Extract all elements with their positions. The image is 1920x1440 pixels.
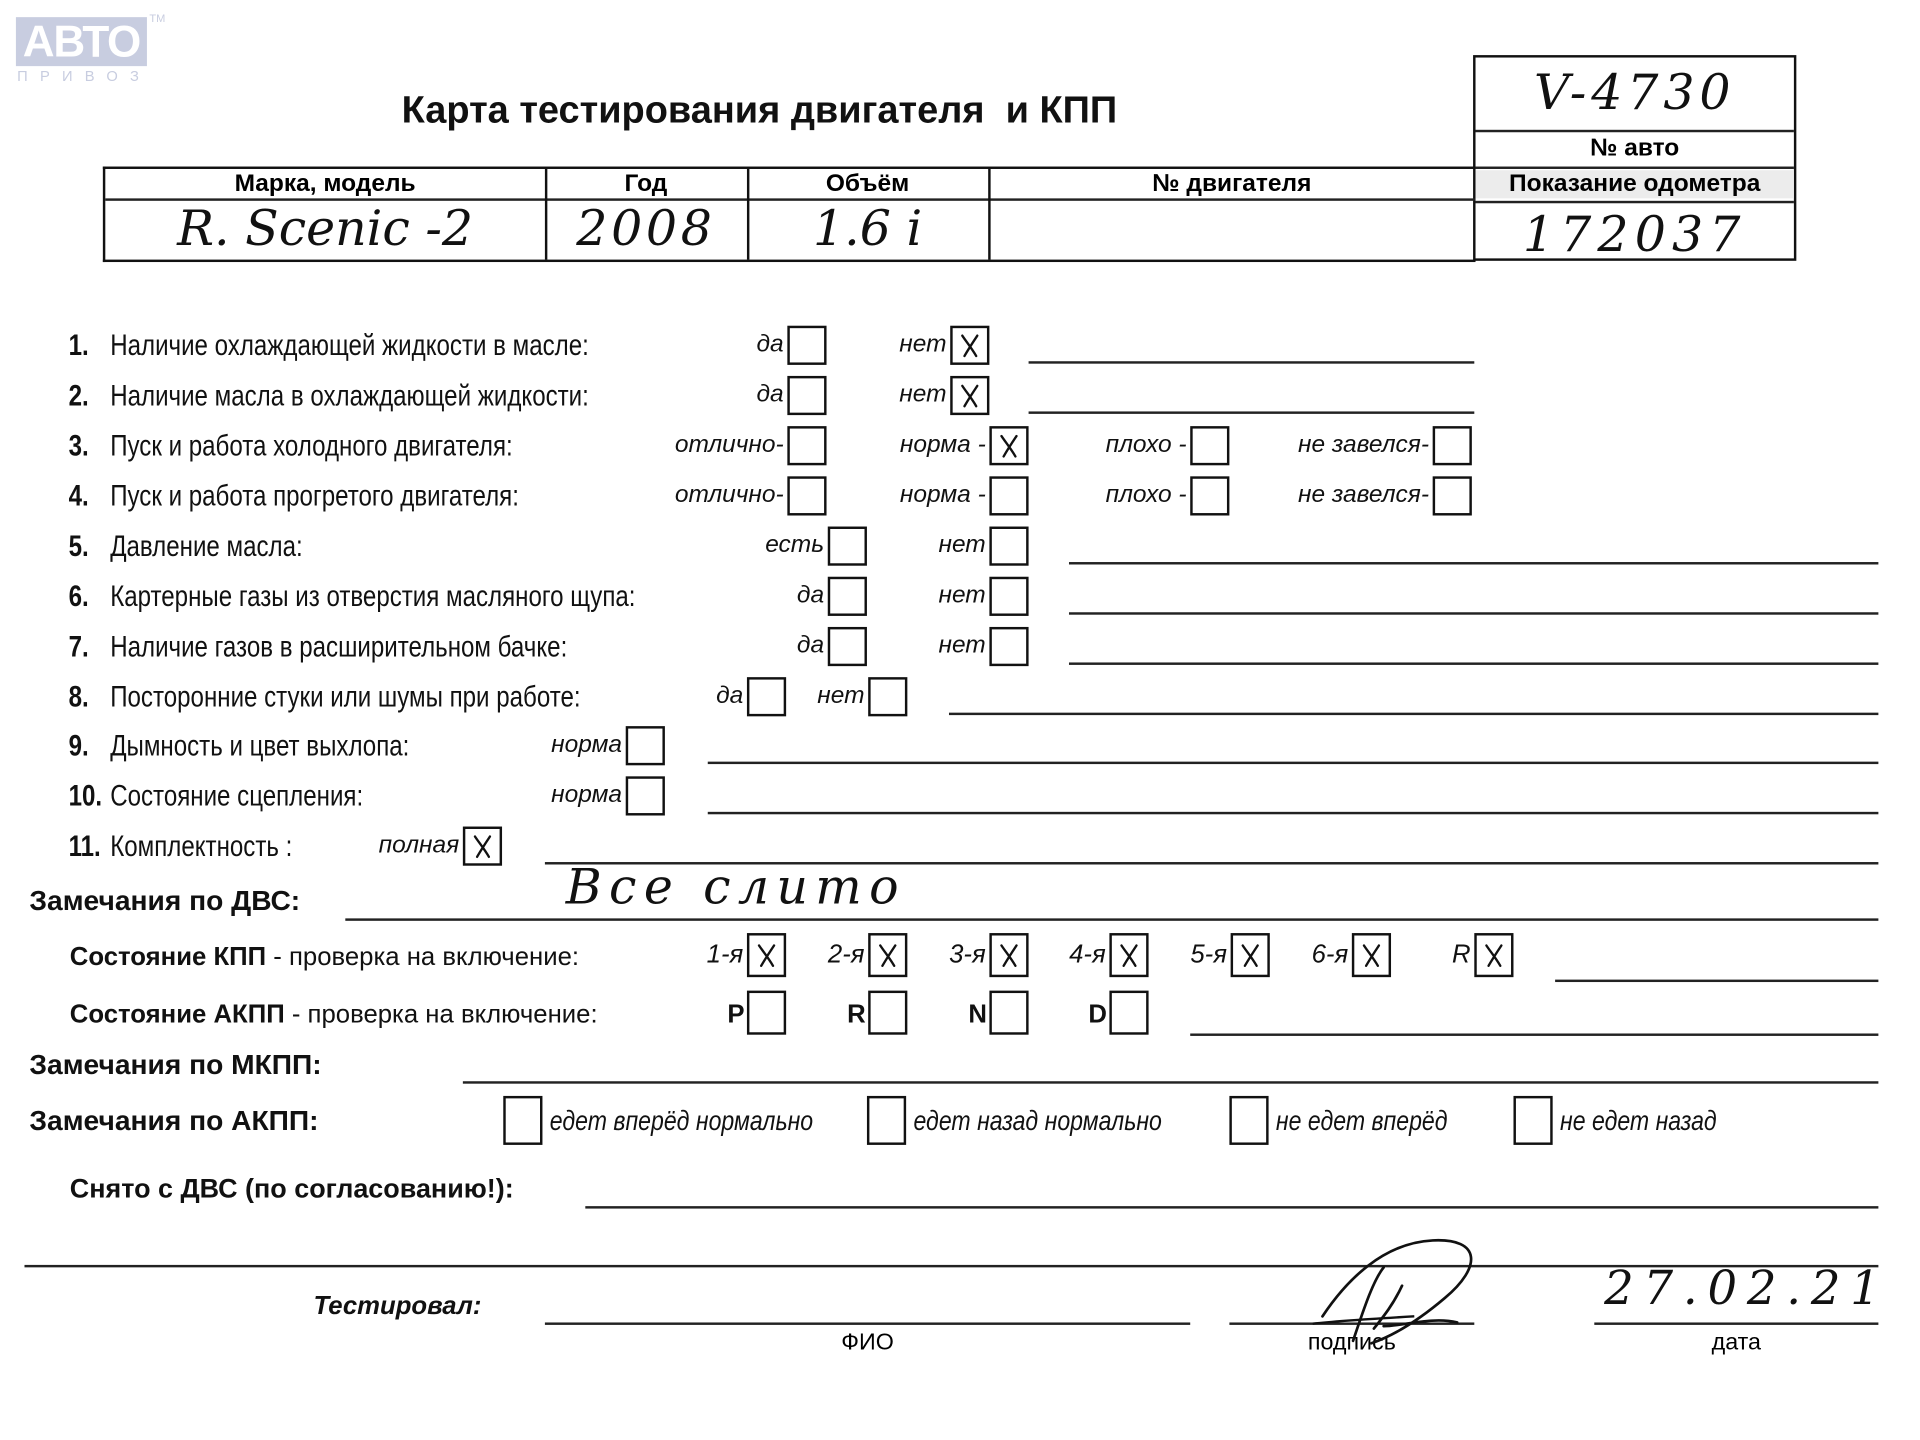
checklist-item-label: Дымность и цвет выхлопа: [110, 730, 409, 764]
checklist-notes-line[interactable] [708, 812, 1879, 814]
checklist-option-checkbox[interactable] [787, 326, 826, 365]
removed-label: Снято с ДВС (по согласованию!): [70, 1173, 514, 1205]
checklist-notes-line[interactable] [1069, 612, 1878, 614]
checklist-item-number: 7. [69, 631, 89, 665]
year-header: Год [545, 170, 747, 198]
make-model-header: Марка, модель [105, 170, 545, 198]
checklist-item-label: Комплектность : [110, 830, 292, 864]
tested-by-label: Тестировал: [313, 1292, 481, 1321]
checklist-option-checkbox[interactable] [747, 677, 786, 716]
separator-line [24, 1265, 1878, 1267]
car-number-value[interactable]: V-4730 [1476, 65, 1794, 121]
gear-label: 6-я [1312, 940, 1349, 969]
check-x-icon [1112, 936, 1146, 975]
check-x-icon [953, 378, 987, 412]
checklist-option-label: отлично- [675, 481, 784, 509]
checklist-option-label: плохо - [1106, 481, 1187, 509]
checklist-notes-line[interactable] [1069, 662, 1878, 664]
checklist-item-label: Давление масла: [110, 530, 302, 564]
auto-position-checkbox[interactable] [747, 991, 786, 1035]
removed-line[interactable] [585, 1206, 1878, 1208]
checklist-option-checkbox[interactable] [787, 376, 826, 415]
gear-label: 2-я [828, 940, 865, 969]
gear-checkbox[interactable] [1352, 933, 1391, 977]
auto-remark-label: не едет назад [1560, 1104, 1717, 1137]
checklist-option-checkbox[interactable] [463, 827, 502, 866]
checklist-option-label: нет [938, 632, 985, 660]
auto-position-checkbox[interactable] [1109, 991, 1148, 1035]
checklist-option-label: норма [551, 731, 622, 759]
year-value[interactable]: 2008 [545, 201, 747, 257]
checklist-notes-line[interactable] [1029, 361, 1475, 363]
checklist-option-label: да [757, 381, 784, 409]
auto-remark-checkbox[interactable] [867, 1096, 906, 1145]
checklist-option-checkbox[interactable] [868, 677, 907, 716]
checklist-option-checkbox[interactable] [950, 376, 989, 415]
checklist-item-number: 1. [69, 329, 89, 363]
checklist-option-label: норма - [900, 481, 986, 509]
brand-logo-subtitle: ПРИВОЗ [17, 67, 152, 84]
checklist-option-checkbox[interactable] [989, 627, 1028, 666]
auto-remark-label: едет вперёд нормально [550, 1104, 813, 1137]
gear-checkbox[interactable] [989, 933, 1028, 977]
checklist-item-label: Наличие охлаждающей жидкости в масле: [110, 329, 589, 363]
checklist-item-label: Пуск и работа холодного двигателя: [110, 430, 513, 464]
checklist-item-number: 5. [69, 530, 89, 564]
checklist-item-number: 6. [69, 580, 89, 614]
check-x-icon [1477, 936, 1511, 975]
check-x-icon [953, 328, 987, 362]
checklist-option-checkbox[interactable] [626, 776, 665, 815]
checklist-option-checkbox[interactable] [989, 426, 1028, 465]
auto-position-label: P [727, 1000, 744, 1029]
checklist-option-label: да [797, 632, 824, 660]
date-line[interactable] [1594, 1322, 1878, 1324]
volume-header: Объём [747, 170, 988, 198]
gear-label: R [1452, 940, 1471, 969]
checklist-notes-line[interactable] [708, 762, 1879, 764]
checklist-item-label: Картерные газы из отверстия масляного щу… [110, 580, 635, 614]
checklist-option-checkbox[interactable] [1190, 476, 1229, 515]
auto-position-label: D [1088, 1000, 1107, 1029]
checklist-option-label: нет [938, 531, 985, 559]
gear-checkbox[interactable] [747, 933, 786, 977]
auto-remarks-label: Замечания по АКПП: [29, 1104, 318, 1137]
checklist-option-label: норма [551, 781, 622, 809]
checklist-item-number: 8. [69, 681, 89, 715]
check-x-icon [1354, 936, 1388, 975]
auto-remark-label: едет назад нормально [913, 1104, 1161, 1137]
checklist-option-label: норма - [900, 431, 986, 459]
checklist-item-number: 3. [69, 430, 89, 464]
odometer-value[interactable]: 172037 [1476, 207, 1794, 263]
trademark-mark: TM [149, 12, 165, 24]
checklist-option-checkbox[interactable] [989, 577, 1028, 616]
auto-remark-checkbox[interactable] [1513, 1096, 1552, 1145]
vehicle-box: V-4730 № авто Показание одометра 172037 [1473, 55, 1796, 261]
volume-value[interactable]: 1.6 i [747, 201, 988, 257]
checklist-item-number: 11. [69, 830, 101, 864]
engine-remarks-value[interactable]: Все слито [566, 860, 906, 916]
gear-checkbox[interactable] [868, 933, 907, 977]
engine-remarks-label: Замечания по ДВС: [29, 884, 300, 917]
vehicle-info-table: Марка, модель Год Объём № двигателя R. S… [103, 167, 1476, 263]
checklist-option-label: да [716, 682, 743, 710]
gear-label: 1-я [707, 940, 744, 969]
checklist-option-checkbox[interactable] [1433, 426, 1472, 465]
checklist-option-checkbox[interactable] [828, 527, 867, 566]
name-caption: ФИО [545, 1330, 1190, 1357]
checklist-option-label: нет [817, 682, 864, 710]
checklist-item-number: 10. [69, 780, 103, 814]
date-value[interactable]: 27.02.21 [1604, 1261, 1890, 1315]
checklist-item-number: 4. [69, 480, 89, 514]
checklist-option-checkbox[interactable] [950, 326, 989, 365]
brand-logo: АВТО [16, 17, 147, 66]
checklist-option-label: нет [899, 381, 946, 409]
check-x-icon [465, 829, 499, 863]
checklist-option-checkbox[interactable] [1190, 426, 1229, 465]
make-model-value[interactable]: R. Scenic -2 [105, 201, 545, 257]
checklist-option-label: не завелся- [1298, 431, 1429, 459]
auto-position-label: R [847, 1000, 866, 1029]
checklist-item-number: 2. [69, 380, 89, 414]
check-x-icon [749, 936, 783, 975]
auto-position-label: N [968, 1000, 987, 1029]
check-x-icon [871, 936, 905, 975]
checklist-option-label: не завелся- [1298, 481, 1429, 509]
checklist-option-checkbox[interactable] [787, 426, 826, 465]
checklist-option-label: отлично- [675, 431, 784, 459]
engine-remarks-line [345, 918, 1878, 920]
auto-position-checkbox[interactable] [868, 991, 907, 1035]
checklist-item-label: Пуск и работа прогретого двигателя: [110, 480, 519, 514]
checklist-option-checkbox[interactable] [828, 627, 867, 666]
name-line[interactable] [545, 1322, 1190, 1324]
checklist-option-label: нет [899, 331, 946, 359]
checklist-option-checkbox[interactable] [626, 726, 665, 765]
checklist-notes-line[interactable] [545, 862, 1878, 864]
check-x-icon [992, 936, 1026, 975]
check-x-icon [1233, 936, 1267, 975]
odometer-label: Показание одометра [1476, 170, 1794, 198]
checklist-item-number: 9. [69, 730, 89, 764]
checklist-notes-line[interactable] [1029, 411, 1475, 413]
auto-position-checkbox[interactable] [989, 991, 1028, 1035]
gear-checkbox[interactable] [1474, 933, 1513, 977]
check-x-icon [992, 429, 1026, 463]
auto-gearbox-label: Состояние АКПП - проверка на включение: [70, 1000, 598, 1029]
checklist-option-label: плохо - [1106, 431, 1187, 459]
gear-label: 3-я [949, 940, 986, 969]
checklist-option-label: полная [379, 831, 460, 859]
checklist-option-checkbox[interactable] [828, 577, 867, 616]
gear-checkbox[interactable] [1109, 933, 1148, 977]
checklist-option-checkbox[interactable] [1433, 476, 1472, 515]
gear-label: 5-я [1190, 940, 1227, 969]
checklist-option-label: да [797, 582, 824, 610]
checklist-option-label: нет [938, 582, 985, 610]
checklist-notes-line[interactable] [1069, 562, 1878, 564]
signature-scribble [1298, 1231, 1494, 1366]
checklist-option-label: есть [765, 531, 824, 559]
manual-remarks-line[interactable] [463, 1081, 1879, 1083]
engine-number-header: № двигателя [988, 170, 1475, 198]
manual-gearbox-label: Состояние КПП - проверка на включение: [70, 943, 579, 972]
checklist-option-label: да [757, 331, 784, 359]
date-caption: дата [1594, 1330, 1878, 1357]
checklist-item-label: Наличие масла в охлаждающей жидкости: [110, 380, 589, 414]
manual-remarks-label: Замечания по МКПП: [29, 1048, 321, 1081]
gear-checkbox[interactable] [1231, 933, 1270, 977]
gear-label: 4-я [1069, 940, 1106, 969]
checklist-option-checkbox[interactable] [787, 476, 826, 515]
auto-remark-checkbox[interactable] [503, 1096, 542, 1145]
page-title: Карта тестирования двигателя и КПП [402, 88, 1118, 132]
checklist-item-label: Посторонние стуки или шумы при работе: [110, 681, 580, 715]
checklist-item-label: Наличие газов в расширительном бачке: [110, 631, 567, 665]
checklist-option-checkbox[interactable] [989, 476, 1028, 515]
checklist-option-checkbox[interactable] [989, 527, 1028, 566]
checklist-notes-line[interactable] [949, 713, 1878, 715]
checklist-item-label: Состояние сцепления: [110, 780, 363, 814]
auto-remark-checkbox[interactable] [1229, 1096, 1268, 1145]
auto-remark-label: не едет вперёд [1276, 1104, 1448, 1137]
car-number-label: № авто [1476, 135, 1794, 163]
